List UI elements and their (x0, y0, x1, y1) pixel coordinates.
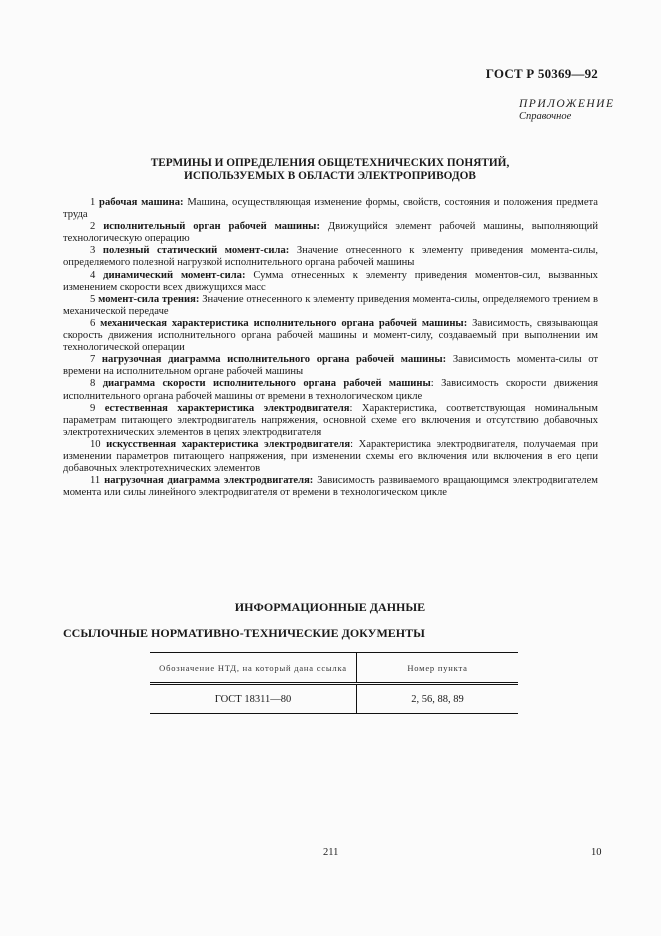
term-item: 4 динамический момент-сила: Сумма отнесе… (63, 270, 598, 294)
term-name: механическая характеристика исполнительн… (100, 318, 467, 329)
term-name: полезный статический момент-сила: (103, 245, 289, 256)
term-name: нагрузочная диаграмма электродвигателя: (104, 475, 313, 486)
term-item: 7 нагрузочная диаграмма исполнительного … (63, 354, 598, 378)
term-name: исполнительный орган рабочей машины: (103, 221, 320, 232)
term-name: диаграмма скорости исполнительного орган… (103, 378, 431, 389)
term-item: 5 момент-сила трения: Значение отнесенно… (63, 294, 598, 318)
term-item: 2 исполнительный орган рабочей машины: Д… (63, 221, 598, 245)
info-heading: ИНФОРМАЦИОННЫЕ ДАННЫЕ (60, 600, 600, 615)
section-title-line-2: ИСПОЛЬЗУЕМЫХ В ОБЛАСТИ ЭЛЕКТРОПРИВОДОВ (60, 170, 600, 183)
reference-table: Обозначение НТД, на который дана ссылка … (150, 652, 518, 714)
section-title-line-1: ТЕРМИНЫ И ОПРЕДЕЛЕНИЯ ОБЩЕТЕХНИЧЕСКИХ ПО… (60, 157, 600, 170)
term-item: 6 механическая характеристика исполнител… (63, 318, 598, 354)
term-name: рабочая машина: (99, 197, 184, 208)
term-name: динамический момент-сила: (103, 270, 245, 281)
terms-list: 1 рабочая машина: Машина, осуществляющая… (63, 197, 598, 499)
term-name: момент-сила трения: (98, 294, 199, 305)
term-name: искусственная характеристика электродвиг… (106, 439, 350, 450)
cell-document: ГОСТ 18311—80 (150, 684, 357, 714)
table-header-row: Обозначение НТД, на который дана ссылка … (150, 653, 518, 684)
term-item: 1 рабочая машина: Машина, осуществляющая… (63, 197, 598, 221)
appendix-type: Справочное (519, 111, 571, 122)
cell-clauses: 2, 56, 88, 89 (357, 684, 519, 714)
term-item: 11 нагрузочная диаграмма электродвигател… (63, 475, 598, 499)
term-item: 3 полезный статический момент-сила: Знач… (63, 245, 598, 269)
section-title: ТЕРМИНЫ И ОПРЕДЕЛЕНИЯ ОБЩЕТЕХНИЧЕСКИХ ПО… (60, 157, 600, 182)
table-row: ГОСТ 18311—80 2, 56, 88, 89 (150, 684, 518, 714)
column-header-clause: Номер пункта (357, 653, 519, 684)
column-header-document: Обозначение НТД, на который дана ссылка (150, 653, 357, 684)
appendix-label: ПРИЛОЖЕНИЕ (519, 98, 614, 110)
document-code: ГОСТ Р 50369—92 (486, 66, 598, 82)
term-name: нагрузочная диаграмма исполнительного ор… (102, 354, 446, 365)
term-item: 9 естественная характеристика электродви… (63, 403, 598, 439)
term-name: естественная характеристика электродвига… (105, 403, 350, 414)
term-item: 10 искусственная характеристика электрод… (63, 439, 598, 475)
term-item: 8 диаграмма скорости исполнительного орг… (63, 378, 598, 402)
refdocs-heading: ССЫЛОЧНЫЕ НОРМАТИВНО-ТЕХНИЧЕСКИЕ ДОКУМЕН… (63, 626, 425, 641)
sheet-number: 10 (591, 847, 602, 858)
page-number: 211 (323, 847, 338, 858)
